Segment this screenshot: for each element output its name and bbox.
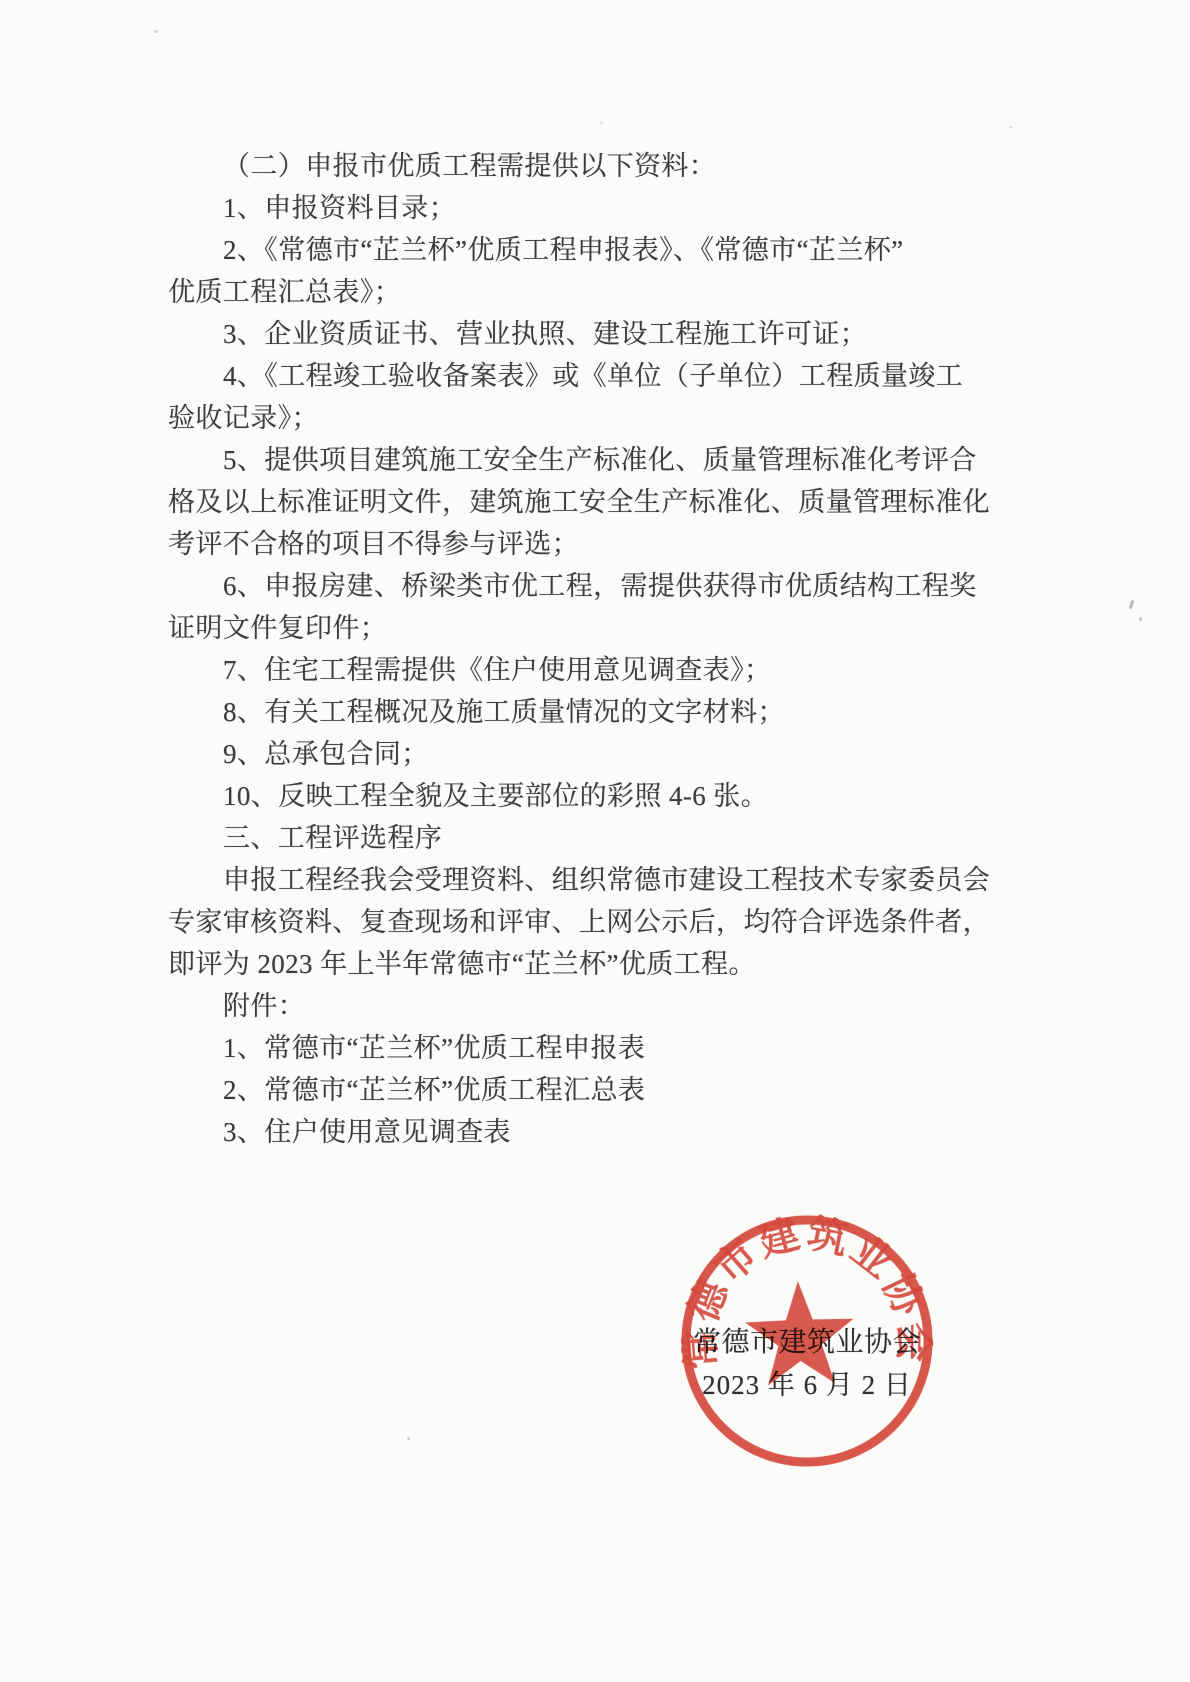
document-page: （二）申报市优质工程需提供以下资料：1、申报资料目录；2、《常德市“芷兰杯”优质… [0, 0, 1190, 1682]
scan-speckle [154, 30, 158, 33]
document-line: 1、常德市“芷兰杯”优质工程申报表 [168, 1027, 1028, 1069]
document-line: 附件： [168, 985, 1028, 1027]
official-seal: 常德市建筑业协会 [677, 1211, 938, 1472]
document-line: 9、总承包合同； [168, 733, 1028, 775]
document-line: 7、住宅工程需提供《住户使用意见调查表》； [168, 649, 1028, 691]
seal-graphic: 常德市建筑业协会 [677, 1211, 938, 1472]
document-body: （二）申报市优质工程需提供以下资料：1、申报资料目录；2、《常德市“芷兰杯”优质… [168, 145, 1028, 1153]
document-line: 专家审核资料、复查现场和评审、上网公示后，均符合评选条件者， [168, 901, 1028, 943]
document-line: 验收记录》； [168, 397, 1028, 439]
document-line: 证明文件复印件； [168, 607, 1028, 649]
star-icon [744, 1279, 856, 1386]
document-line: 三、工程评选程序 [168, 817, 1028, 859]
document-line: 8、有关工程概况及施工质量情况的文字材料； [168, 691, 1028, 733]
document-line: 5、提供项目建筑施工安全生产标准化、质量管理标准化考评合 [168, 439, 1028, 481]
scan-speckle [1009, 126, 1013, 128]
document-line: 3、住户使用意见调查表 [168, 1111, 1028, 1153]
document-line: 2、常德市“芷兰杯”优质工程汇总表 [168, 1069, 1028, 1111]
document-line: 4、《工程竣工验收备案表》或《单位（子单位）工程质量竣工 [168, 355, 1028, 397]
document-line: 优质工程汇总表》； [168, 271, 1028, 313]
scan-speckle [600, 121, 603, 124]
scan-speckle [1139, 617, 1142, 621]
document-line: 申报工程经我会受理资料、组织常德市建设工程技术专家委员会 [168, 859, 1028, 901]
document-line: 3、企业资质证书、营业执照、建设工程施工许可证； [168, 313, 1028, 355]
document-line: 格及以上标准证明文件，建筑施工安全生产标准化、质量管理标准化 [168, 481, 1028, 523]
document-line: 10、反映工程全貌及主要部位的彩照 4-6 张。 [168, 775, 1028, 817]
scan-speckle [407, 1437, 410, 1440]
document-line: 6、申报房建、桥梁类市优工程，需提供获得市优质结构工程奖 [168, 565, 1028, 607]
document-line: 即评为 2023 年上半年常德市“芷兰杯”优质工程。 [168, 943, 1028, 985]
document-line: 考评不合格的项目不得参与评选； [168, 523, 1028, 565]
scan-speckle [1129, 600, 1135, 609]
document-line: （二）申报市优质工程需提供以下资料： [168, 145, 1028, 187]
document-line: 2、《常德市“芷兰杯”优质工程申报表》、《常德市“芷兰杯” [168, 229, 1028, 271]
document-line: 1、申报资料目录； [168, 187, 1028, 229]
